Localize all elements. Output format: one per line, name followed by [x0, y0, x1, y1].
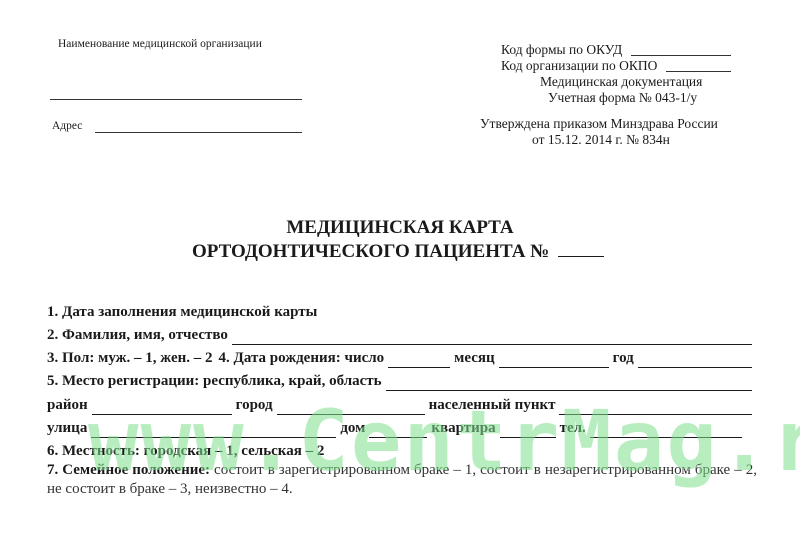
birth-year-field[interactable] [638, 353, 752, 368]
settlement-field[interactable] [559, 400, 752, 415]
district-field[interactable] [92, 400, 232, 415]
okpo-label: Код организации по ОКПО [501, 58, 657, 74]
full-name-field[interactable] [232, 330, 752, 345]
address-field[interactable] [95, 132, 302, 133]
birth-month-label: месяц [454, 348, 494, 368]
doc-type: Медицинская документация [540, 74, 702, 90]
okud-label: Код формы по ОКУД [501, 42, 622, 58]
page-title-line-1: МЕДИЦИНСКАЯ КАРТА [0, 216, 800, 240]
field-6-row: 6. Местность: городская – 1, сельская – … [47, 441, 324, 461]
district-row: район город населенный пункт [47, 395, 752, 415]
region-field[interactable] [386, 376, 752, 391]
registration-label: 5. Место регистрации: республика, край, … [47, 371, 382, 391]
full-name-label: 2. Фамилия, имя, отчество [47, 325, 228, 345]
address-label: Адрес [52, 120, 82, 132]
street-field[interactable] [91, 423, 336, 438]
approved-line-1: Утверждена приказом Минздрава России [480, 116, 718, 132]
okpo-field[interactable] [666, 71, 731, 72]
apartment-field[interactable] [500, 423, 556, 438]
fill-date-label: 1. Дата заполнения медицинской карты [47, 302, 317, 322]
form-number: Учетная форма № 043-1/у [548, 90, 697, 106]
phone-field[interactable] [590, 423, 742, 438]
org-name-field[interactable] [50, 99, 302, 100]
district-label: район [47, 395, 88, 415]
okud-field[interactable] [631, 55, 731, 56]
field-5-row: 5. Место регистрации: республика, край, … [47, 371, 752, 391]
sex-label: 3. Пол: муж. – 1, жен. – 2 [47, 348, 213, 368]
birth-year-label: год [613, 348, 634, 368]
page-title-text: ОРТОДОНТИЧЕСКОГО ПАЦИЕНТА № [192, 241, 549, 262]
birth-day-label: 4. Дата рождения: число [219, 348, 385, 368]
birth-month-field[interactable] [499, 353, 609, 368]
phone-label: тел. [560, 418, 586, 438]
org-name-label: Наименование медицинской организации [58, 38, 262, 50]
house-field[interactable] [369, 423, 427, 438]
field-1-row: 1. Дата заполнения медицинской карты [47, 302, 317, 322]
page-title-line-2: ОРТОДОНТИЧЕСКОГО ПАЦИЕНТА № [0, 240, 800, 264]
field-3-4-row: 3. Пол: муж. – 1, жен. – 2 4. Дата рожде… [47, 348, 752, 368]
street-row: улица дом квартира тел. [47, 418, 742, 438]
card-number-field[interactable] [558, 242, 604, 257]
house-label: дом [340, 418, 365, 438]
apartment-label: квартира [431, 418, 495, 438]
field-2-row: 2. Фамилия, имя, отчество [47, 325, 752, 345]
settlement-label: населенный пункт [429, 395, 556, 415]
approved-line-2: от 15.12. 2014 г. № 834н [532, 132, 670, 148]
field-7-paragraph: 7. Семейное положение: состоит в зарегис… [47, 461, 757, 499]
city-field[interactable] [277, 400, 425, 415]
birth-day-field[interactable] [388, 353, 450, 368]
street-label: улица [47, 418, 87, 438]
locality-label: 6. Местность: городская – 1, сельская – … [47, 441, 324, 461]
city-label: город [236, 395, 273, 415]
marital-status-label: 7. Семейное положение: [47, 462, 210, 478]
